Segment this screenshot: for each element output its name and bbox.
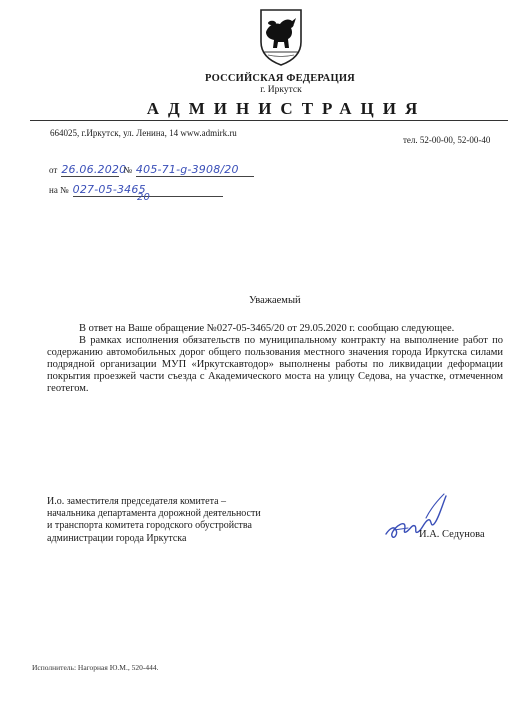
paragraph-1: В ответ на Ваше обращение №027-05-3465/2… <box>47 323 503 335</box>
position-line: начальника департамента дорожной деятель… <box>47 508 261 520</box>
outgoing-date: 26.06.2020 <box>61 163 119 177</box>
position-line: И.о. заместителя председателя комитета – <box>47 496 261 508</box>
outgoing-number: 405-71-g-3908/20 <box>136 163 254 177</box>
signatory-name: И.А. Седунова <box>419 529 485 540</box>
signatory-position: И.о. заместителя председателя комитета –… <box>47 496 261 545</box>
incoming-number-suffix: 20 <box>137 192 150 203</box>
administration-title: АДМИНИСТРАЦИЯ <box>0 99 525 119</box>
number-label: № <box>123 165 132 175</box>
outgoing-reference: от 26.06.2020 № 405-71-g-3908/20 <box>49 160 264 176</box>
to-label: на № <box>49 185 69 195</box>
city-label: г. Иркутск <box>0 85 525 95</box>
coat-of-arms-icon <box>258 8 304 66</box>
letter-body: В ответ на Ваше обращение №027-05-3465/2… <box>47 323 503 395</box>
executor-line: Исполнитель: Нагорная Ю.М., 520-444. <box>32 663 158 672</box>
handwritten-signature-icon <box>380 484 452 554</box>
position-line: администрации города Иркутска <box>47 533 261 545</box>
federation-label: РОССИЙСКАЯ ФЕДЕРАЦИЯ <box>0 73 525 84</box>
incoming-reference: на № 027-05-3465 20 <box>49 180 259 206</box>
from-label: от <box>49 165 57 175</box>
paragraph-2: В рамках исполнения обязательств по муни… <box>47 335 503 395</box>
phone-line: тел. 52-00-00, 52-00-40 <box>403 135 490 145</box>
address-line: 664025, г.Иркутск, ул. Ленина, 14 www.ad… <box>50 128 237 138</box>
position-line: и транспорта комитета городского обустро… <box>47 520 261 532</box>
greeting: Уважаемый <box>249 295 301 306</box>
header-divider <box>30 120 508 121</box>
